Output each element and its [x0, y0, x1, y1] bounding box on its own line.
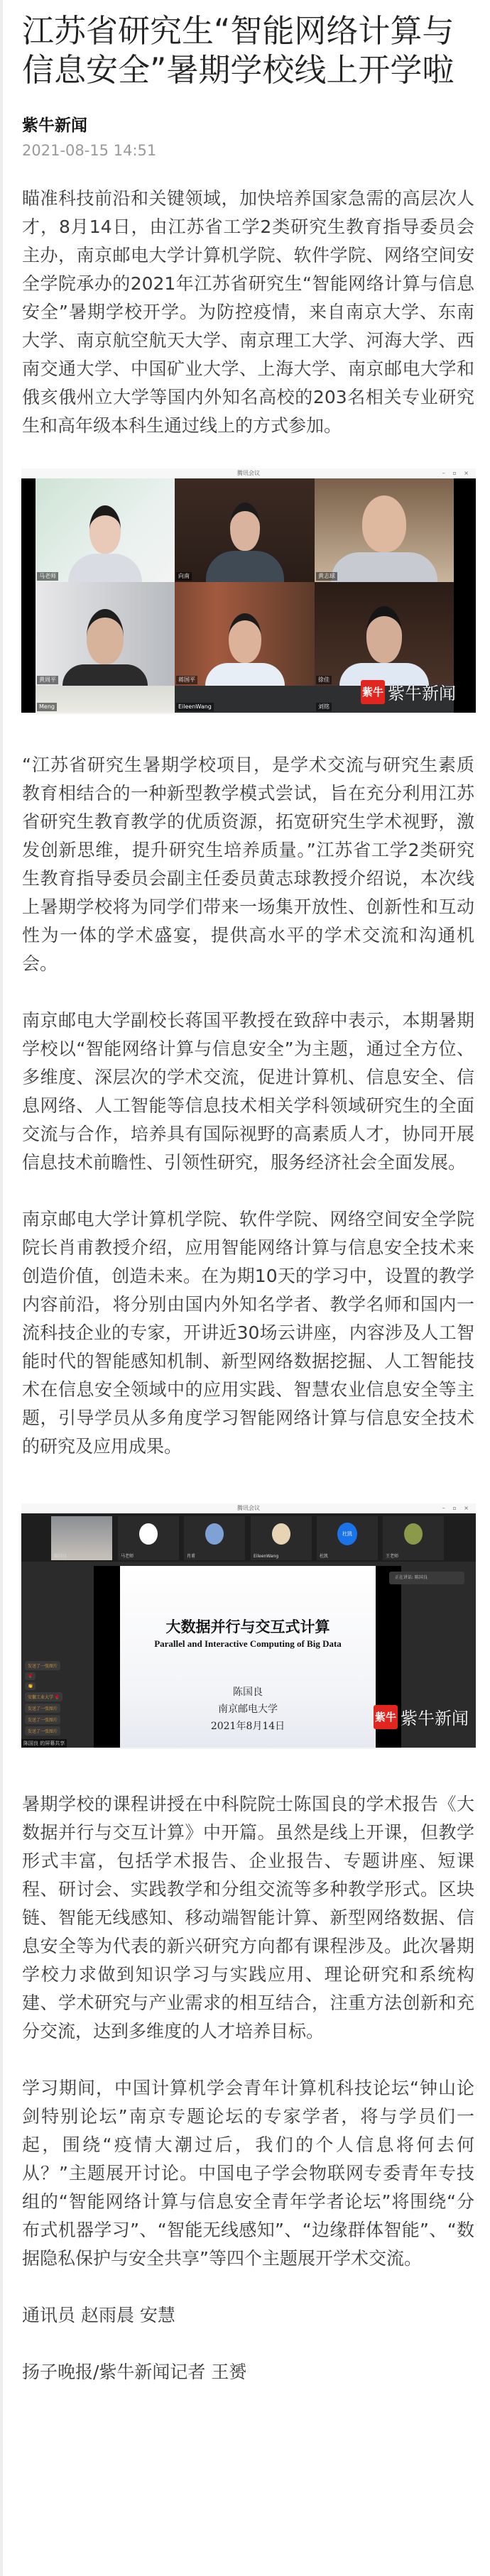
- participant-figure: [339, 606, 429, 686]
- chat-message: 👏: [25, 1682, 36, 1690]
- participant-name: 黄志球: [316, 572, 337, 581]
- thumb-tile: EileenWang: [251, 1516, 312, 1560]
- participant-thumbnails: 陈国良 马老师 肖甫 EileenWang 杜凯杜凯 王老师: [21, 1513, 476, 1562]
- article-title: 江苏省研究生“智能网络计算与信息安全”暑期学校线上开学啦: [22, 0, 474, 89]
- participant-name: 马老师: [37, 572, 58, 581]
- participant-figure: [206, 503, 284, 582]
- participant-figure: [205, 613, 285, 686]
- thumb-tile: 杜凯杜凯: [317, 1516, 378, 1560]
- participant-name: 向南: [176, 572, 192, 581]
- video-grid: 马老师 向南 黄志球: [21, 478, 476, 713]
- zhiniu-watermark-logo: 紫牛 紫牛新闻: [361, 679, 456, 704]
- presentation-slide: 大数据并行与交互式计算 Parallel and Interactive Com…: [120, 1566, 376, 1748]
- thumb-tile: 马老师: [118, 1516, 179, 1560]
- video-tile: Meng: [36, 686, 175, 713]
- participant-name: Meng: [37, 703, 57, 711]
- video-tile: 黄志球: [315, 478, 454, 582]
- window-title: 腾讯会议: [237, 470, 260, 476]
- paragraph-courses: 暑期学校的课程讲授在中科院院士陈国良的学术报告《大数据并行与交互计算》中开篇。虽…: [22, 1790, 474, 2046]
- paragraph-intro: 瞄准科技前沿和关键领域，加快培养国家急需的高层次人才，8月14日，由江苏省工学2…: [22, 185, 474, 440]
- thumb-tile: 王老师: [383, 1516, 444, 1560]
- chat-message: 安徽工业大学 🌹: [25, 1692, 62, 1701]
- window-titlebar: 腾讯会议 – ▫ ×: [21, 1503, 476, 1513]
- chat-message: 发送了一张图片: [25, 1726, 60, 1736]
- zhiniu-logo-icon: 紫牛: [361, 680, 385, 704]
- window-title: 腾讯会议: [237, 1505, 260, 1511]
- left-border-strip: [0, 0, 3, 2576]
- participant-figure: [331, 495, 437, 582]
- slide-author: 陈国良: [120, 1684, 376, 1701]
- slide-title: 大数据并行与交互式计算: [120, 1616, 376, 1637]
- window-controls-icon: – ▫ ×: [442, 1503, 472, 1513]
- publish-timestamp: 2021-08-15 14:51: [22, 141, 474, 160]
- participant-figure: [62, 609, 148, 686]
- video-tile: EileenWang: [175, 686, 315, 713]
- video-tile: 向南: [175, 478, 315, 582]
- speaking-indicator: 正在讲话: 陈国良: [389, 1572, 464, 1584]
- chat-message: 发送了一张图片: [25, 1715, 60, 1724]
- paragraph-forums: 学习期间，中国计算机学会青年计算机科技论坛“钟山论剑特别论坛”南京专题论坛的专家…: [22, 2074, 474, 2273]
- meeting-screenshot-1[interactable]: 腾讯会议 – ▫ × 马老师 向南: [21, 468, 476, 714]
- participant-name: 蒋国平: [176, 676, 197, 684]
- chat-overlay: 发送了一张图片 🌹 👏 安徽工业大学 🌹 发送了一张图片 发送了一张图片 发送了…: [25, 1661, 62, 1738]
- chat-message: 发送了一张图片: [25, 1704, 60, 1713]
- window-controls-icon: – ▫ ×: [442, 468, 472, 478]
- zhiniu-logo-icon: 紫牛: [374, 1705, 398, 1729]
- video-tile: 徐佳: [315, 582, 454, 686]
- participant-name: 徐佳: [316, 676, 332, 684]
- paragraph-vice-president: 南京邮电大学副校长蒋国平教授在致辞中表示，本期暑期学校以“智能网络计算与信息安全…: [22, 1007, 474, 1177]
- thumb-tile: 肖甫: [184, 1516, 245, 1560]
- participant-name: EileenWang: [176, 703, 214, 711]
- zhiniu-logo-text: 紫牛新闻: [388, 679, 456, 704]
- slide-date: 2021年8月14日: [120, 1718, 376, 1735]
- thumb-tile: 陈国良: [51, 1516, 112, 1560]
- credit-correspondents: 通讯员 赵雨晨 安慧: [22, 2301, 474, 2330]
- slide-subtitle: Parallel and Interactive Computing of Bi…: [120, 1638, 376, 1650]
- slide-affiliation: 南京邮电大学: [120, 1701, 376, 1718]
- participant-figure: [68, 505, 142, 582]
- credit-reporter: 扬子晚报/紫牛新闻记者 王赟: [22, 2358, 474, 2386]
- video-tile: 黄周平: [36, 582, 175, 686]
- video-tile: 马老师: [36, 478, 175, 582]
- window-titlebar: 腾讯会议 – ▫ ×: [21, 468, 476, 478]
- paragraph-quote: “江苏省研究生暑期学校项目，是学术交流与研究生素质教育相结合的一种新型教学模式尝…: [22, 751, 474, 978]
- screen-share-label: 陈国良 的屏幕共享: [21, 1739, 67, 1748]
- chat-message: 发送了一张图片: [25, 1661, 60, 1670]
- zhiniu-watermark-logo: 紫牛 紫牛新闻: [374, 1704, 469, 1729]
- slide-author-block: 陈国良 南京邮电大学 2021年8月14日: [120, 1684, 376, 1735]
- article: 江苏省研究生“智能网络计算与信息安全”暑期学校线上开学啦 紫牛新闻 2021-0…: [22, 0, 474, 2386]
- video-tile: 蒋国平: [175, 582, 315, 686]
- zhiniu-logo-text: 紫牛新闻: [401, 1704, 469, 1729]
- participant-name: 黄周平: [37, 676, 58, 684]
- chat-message: 🌹: [25, 1672, 36, 1680]
- source-label[interactable]: 紫牛新闻: [22, 115, 474, 136]
- participant-name: 刘铭: [316, 703, 332, 711]
- meeting-screenshot-2[interactable]: 腾讯会议 – ▫ × 陈国良 马老师 肖甫 EileenWang 杜凯杜凯 王老…: [21, 1503, 476, 1749]
- paragraph-dean: 南京邮电大学计算机学院、软件学院、网络空间安全学院院长肖甫教授介绍，应用智能网络…: [22, 1205, 474, 1461]
